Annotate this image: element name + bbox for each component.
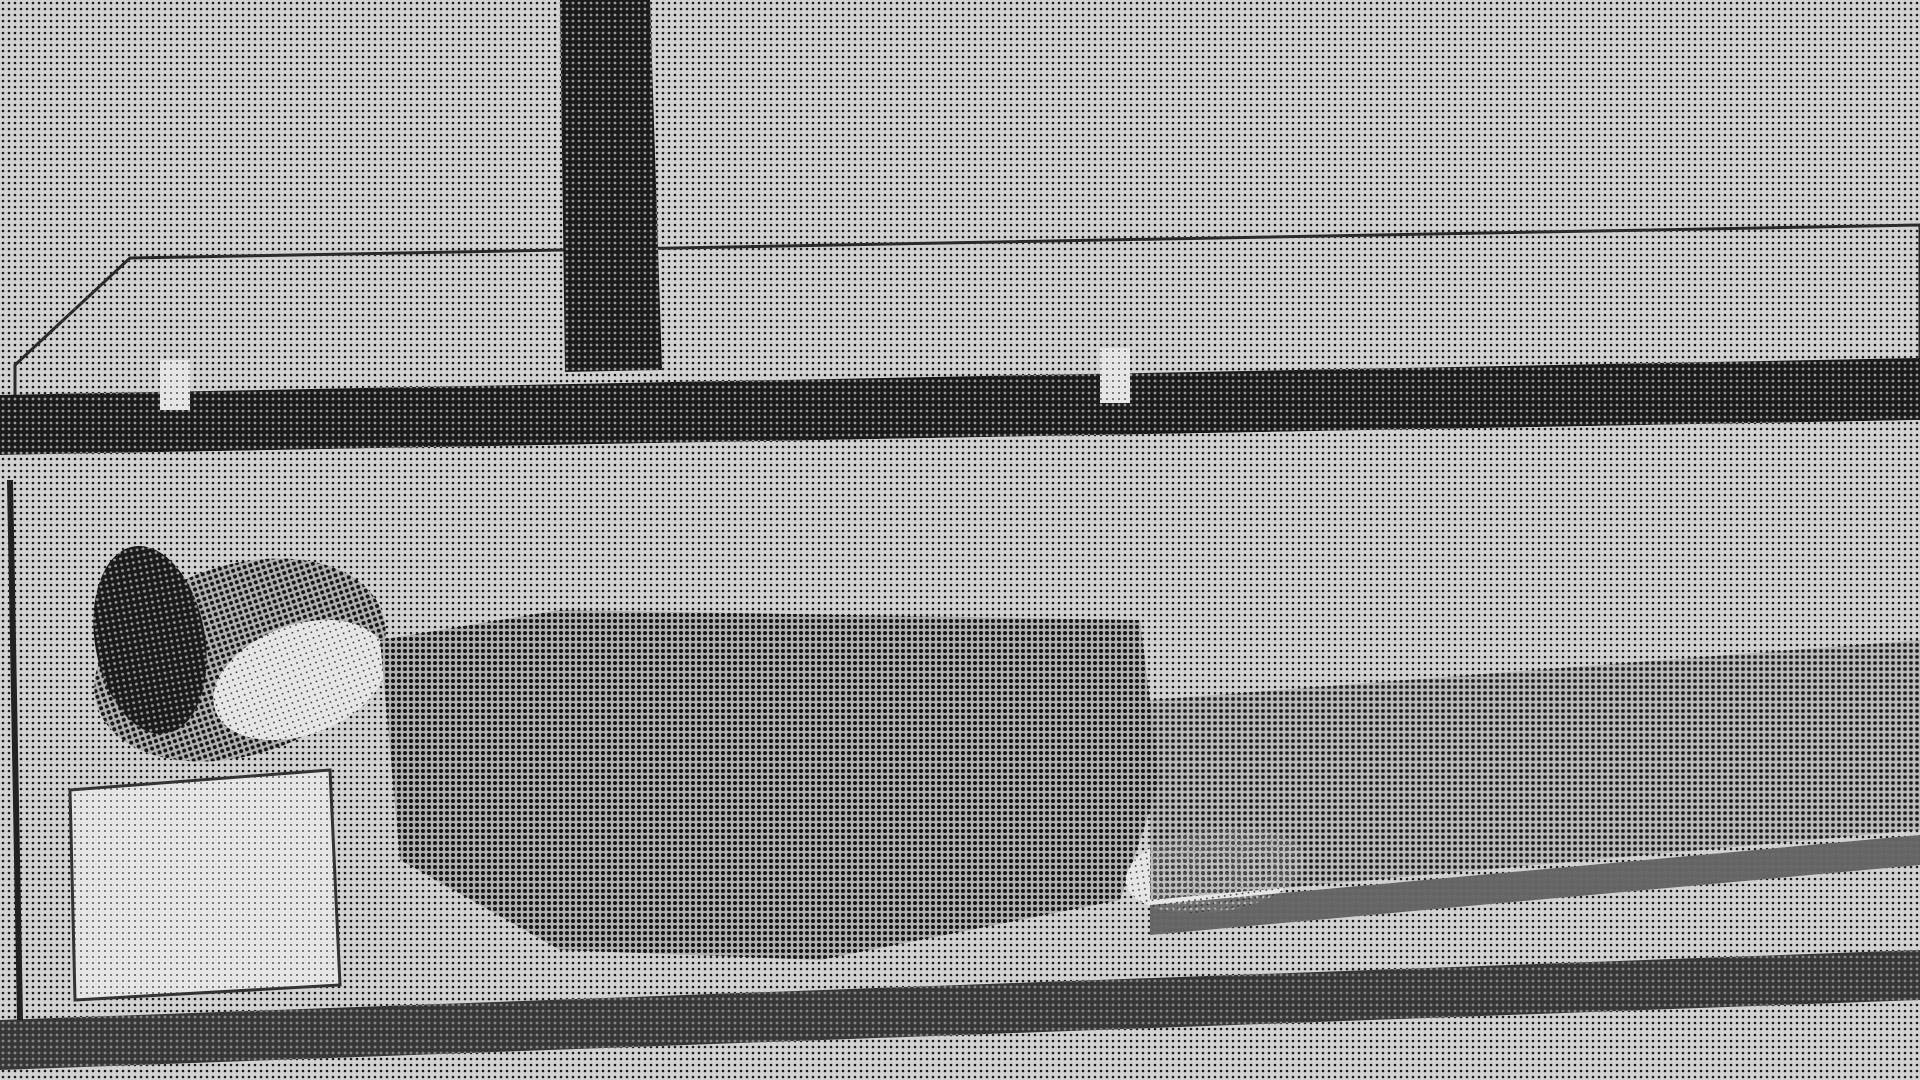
vertical-pole	[560, 0, 662, 372]
lid-clasp-left	[160, 360, 190, 410]
halftone-photograph	[0, 0, 1920, 1080]
pillow	[70, 770, 340, 1000]
lid-clasp-right	[1100, 348, 1130, 403]
photo-canvas	[0, 0, 1920, 1080]
figure-body-suit	[380, 610, 1160, 960]
